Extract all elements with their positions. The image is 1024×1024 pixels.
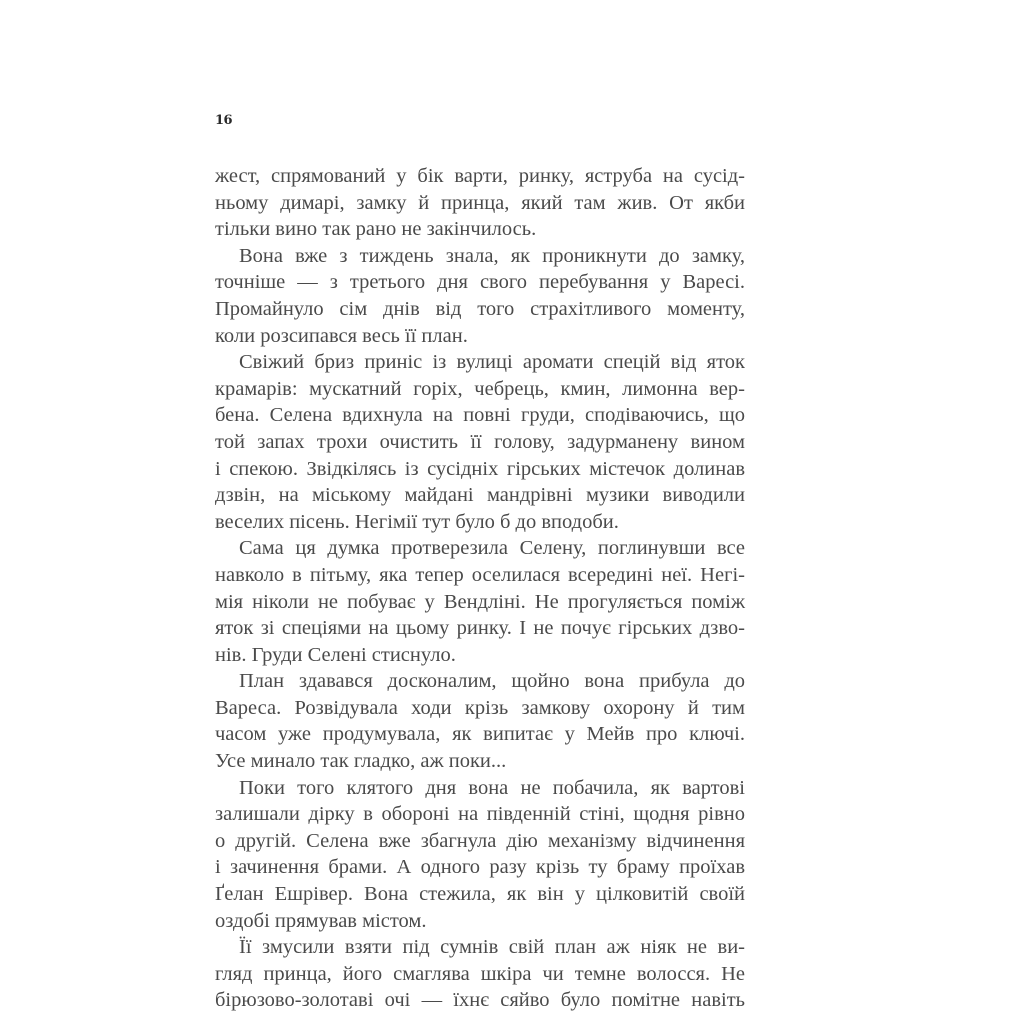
text-line: о другій. Селена вже збагнула дію механі… — [215, 828, 745, 855]
text-line: крамарів: мускатний горіх, чебрець, кмин… — [215, 376, 745, 403]
paragraph: Поки того клятого дня вона не побачила, … — [215, 775, 745, 935]
text-line: Її змусили взяти під сумнів свій план аж… — [215, 934, 745, 961]
paragraph: Вона вже з тиждень знала, як проникнути … — [215, 243, 745, 349]
text-line: Свіжий бриз приніс із вулиці аромати спе… — [215, 349, 745, 376]
paragraph: План здавався досконалим, щойно вона при… — [215, 668, 745, 774]
text-line: часом уже продумувала, як випитає у Мейв… — [215, 721, 745, 748]
text-line: бірюзово-золотаві очі — їхнє сяйво було … — [215, 987, 745, 1014]
text-line: Усе минало так гладко, аж поки... — [215, 748, 745, 775]
text-line: Вареса. Розвідувала ходи крізь замкову о… — [215, 695, 745, 722]
text-line: Поки того клятого дня вона не побачила, … — [215, 775, 745, 802]
text-line: точніше — з третього дня свого перебуван… — [215, 269, 745, 296]
page-number: 16 — [215, 113, 232, 128]
text-line: і зачинення брами. А одного разу крізь т… — [215, 854, 745, 881]
text-line: залишали дірку в обороні на південній ст… — [215, 801, 745, 828]
text-line: Сама ця думка протверезила Селену, погли… — [215, 535, 745, 562]
paragraph: жест, спрямований у бік варти, ринку, яс… — [215, 163, 745, 243]
text-line: оздобі прямував містом. — [215, 908, 745, 935]
text-line: ньому димарі, замку й принца, який там ж… — [215, 190, 745, 217]
text-line: веселих пісень. Негімії тут було б до вп… — [215, 509, 745, 536]
text-line: яток зі спеціями на цьому ринку. І не по… — [215, 615, 745, 642]
paragraph: Свіжий бриз приніс із вулиці аромати спе… — [215, 349, 745, 535]
text-line: дзвін, на міському майдані мандрівні муз… — [215, 482, 745, 509]
text-line: Ґелан Ешрівер. Вона стежила, як він у ці… — [215, 881, 745, 908]
text-line: Промайнуло сім днів від того страхітливо… — [215, 296, 745, 323]
text-line: гляд принца, його смаглява шкіра чи темн… — [215, 961, 745, 988]
text-line: навколо в пітьму, яка тепер оселилася вс… — [215, 562, 745, 589]
text-line: нів. Груди Селені стиснуло. — [215, 642, 745, 669]
text-line: План здавався досконалим, щойно вона при… — [215, 668, 745, 695]
paragraph: Сама ця думка протверезила Селену, погли… — [215, 535, 745, 668]
book-page: 16 жест, спрямований у бік варти, ринку,… — [0, 0, 1024, 1024]
text-line: коли розсипався весь її план. — [215, 323, 745, 350]
text-line: той запах трохи очистить її голову, заду… — [215, 429, 745, 456]
body-text: жест, спрямований у бік варти, ринку, яс… — [215, 163, 745, 1014]
text-line: бена. Селена вдихнула на повні груди, сп… — [215, 402, 745, 429]
paragraph: Її змусили взяти під сумнів свій план аж… — [215, 934, 745, 1014]
text-line: жест, спрямований у бік варти, ринку, яс… — [215, 163, 745, 190]
text-line: мія ніколи не побуває у Вендліні. Не про… — [215, 589, 745, 616]
text-line: і спекою. Звідкілясь із сусідніх гірськи… — [215, 456, 745, 483]
text-line: Вона вже з тиждень знала, як проникнути … — [215, 243, 745, 270]
text-line: тільки вино так рано не закінчилось. — [215, 216, 745, 243]
